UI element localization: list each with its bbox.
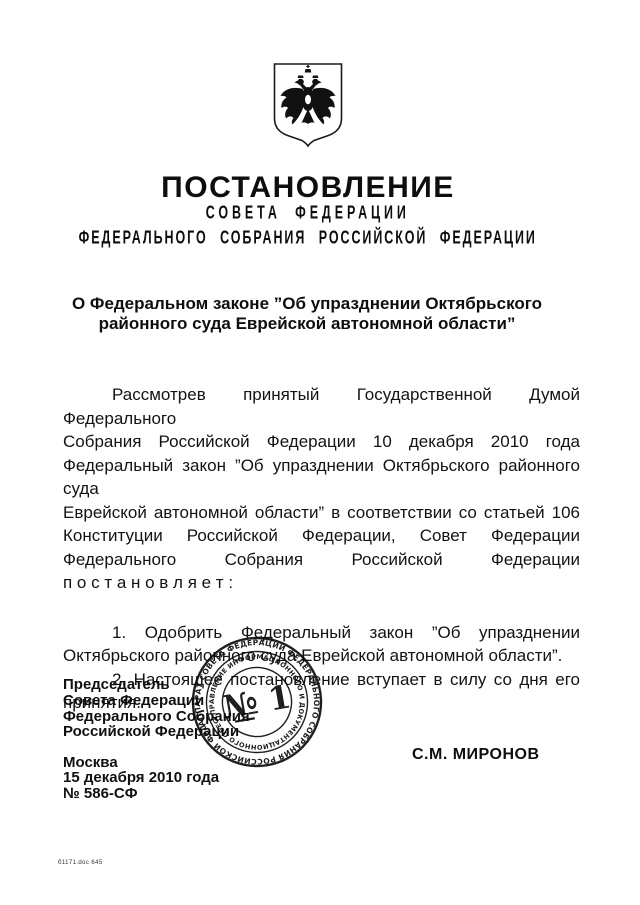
document-page: ПОСТАНОВЛЕНИЕ СОВЕТА ФЕДЕРАЦИИ ФЕДЕРАЛЬН… bbox=[0, 0, 640, 905]
body-line: п о с т а н о в л я е т : bbox=[63, 571, 580, 595]
body-line: Еврейской автономной области” в соответс… bbox=[63, 501, 580, 525]
body-line: Рассмотрев принятый Государственной Думо… bbox=[63, 383, 580, 430]
subtitle-line-1: СОВЕТА ФЕДЕРАЦИИ bbox=[0, 205, 616, 223]
signer-name: С.М. МИРОНОВ bbox=[412, 746, 540, 764]
body-line: Федеральный закон ”Об упразднении Октябр… bbox=[63, 454, 580, 501]
official-stamp: АППАРАТ СОВЕТА ФЕДЕРАЦИИ ФЕДЕРАЛЬНОГО СО… bbox=[186, 631, 328, 773]
issuance-number: № 586-СФ bbox=[63, 786, 219, 801]
body-line: Федерального Собрания Российской Федерац… bbox=[63, 548, 580, 572]
stamp-number: № 1 bbox=[220, 677, 294, 726]
document-title: ПОСТАНОВЛЕНИЕ bbox=[0, 171, 616, 205]
body-line: Собрания Российской Федерации 10 декабря… bbox=[63, 430, 580, 454]
subtitle-line-2-text: ФЕДЕРАЛЬНОГО СОБРАНИЯ РОССИЙСКОЙ ФЕДЕРАЦ… bbox=[79, 228, 537, 249]
subject-line-1: О Федеральном законе ”Об упразднении Окт… bbox=[0, 294, 614, 314]
russia-coat-of-arms-icon bbox=[272, 62, 344, 148]
footer-note: б1171.doc 645 bbox=[58, 860, 103, 866]
subject-heading: О Федеральном законе ”Об упразднении Окт… bbox=[0, 294, 614, 334]
subject-line-2: районного суда Еврейской автономной обла… bbox=[0, 314, 614, 334]
body-line: Конституции Российской Федерации, Совет … bbox=[63, 524, 580, 548]
subtitle-line-2: ФЕДЕРАЛЬНОГО СОБРАНИЯ РОССИЙСКОЙ ФЕДЕРАЦ… bbox=[0, 230, 616, 248]
subtitle-line-1-text: СОВЕТА ФЕДЕРАЦИИ bbox=[206, 203, 410, 224]
